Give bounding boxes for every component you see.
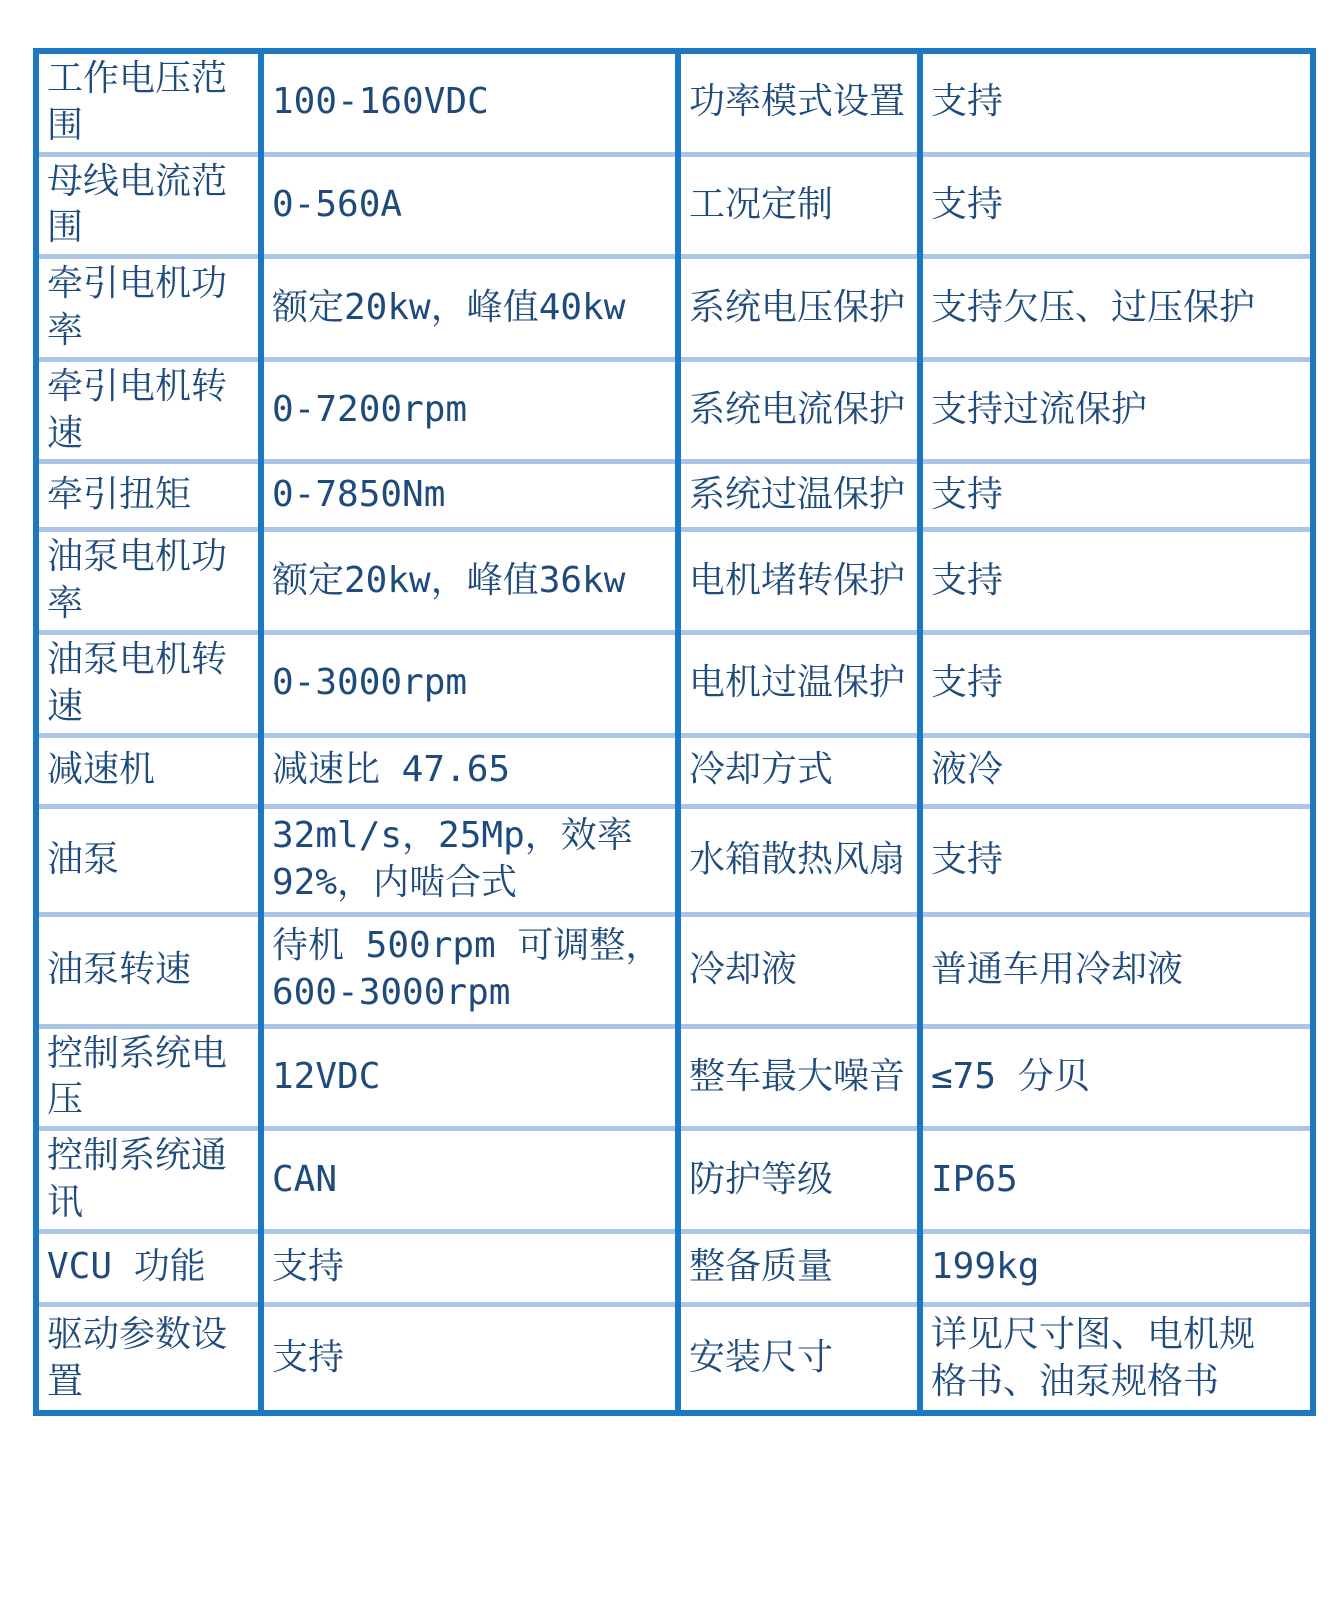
spec-label: 冷却液 — [678, 914, 920, 1026]
table-row: 牵引扭矩 0-7850Nm 系统过温保护 支持 — [36, 462, 1313, 530]
spec-label: 电机堵转保护 — [678, 530, 920, 633]
spec-value: 减速比 47.65 — [261, 735, 678, 806]
spec-value: 普通车用冷却液 — [920, 914, 1313, 1026]
spec-value: IP65 — [920, 1129, 1313, 1232]
spec-value: 32ml/s，25Mp，效率 92%，内啮合式 — [261, 806, 678, 914]
spec-value: ≤75 分贝 — [920, 1026, 1313, 1129]
table-row: VCU 功能 支持 整备质量 199kg — [36, 1231, 1313, 1304]
spec-table: 工作电压范围 100-160VDC 功率模式设置 支持 母线电流范围 0-560… — [33, 48, 1316, 1416]
spec-value: 支持 — [920, 632, 1313, 735]
spec-value: 支持 — [920, 154, 1313, 257]
spec-label: 工况定制 — [678, 154, 920, 257]
spec-value: 待机 500rpm 可调整， 600-3000rpm — [261, 914, 678, 1026]
spec-label: 减速机 — [36, 735, 261, 806]
spec-value: 支持 — [920, 530, 1313, 633]
page: 工作电压范围 100-160VDC 功率模式设置 支持 母线电流范围 0-560… — [0, 0, 1334, 1600]
spec-label: 整车最大噪音 — [678, 1026, 920, 1129]
table-row: 油泵电机转速 0-3000rpm 电机过温保护 支持 — [36, 632, 1313, 735]
spec-value: 0-7850Nm — [261, 462, 678, 530]
spec-value: 100-160VDC — [261, 51, 678, 154]
table-row: 控制系统电压 12VDC 整车最大噪音 ≤75 分贝 — [36, 1026, 1313, 1129]
spec-label: 控制系统电压 — [36, 1026, 261, 1129]
spec-value: 支持过流保护 — [920, 359, 1313, 462]
spec-label: 安装尺寸 — [678, 1304, 920, 1413]
spec-label: 油泵 — [36, 806, 261, 914]
spec-value: 详见尺寸图、电机规 格书、油泵规格书 — [920, 1304, 1313, 1413]
table-row: 减速机 减速比 47.65 冷却方式 液冷 — [36, 735, 1313, 806]
spec-label: 系统电压保护 — [678, 257, 920, 360]
table-row: 驱动参数设置 支持 安装尺寸 详见尺寸图、电机规 格书、油泵规格书 — [36, 1304, 1313, 1413]
spec-value: 12VDC — [261, 1026, 678, 1129]
spec-label: 电机过温保护 — [678, 632, 920, 735]
spec-label: 冷却方式 — [678, 735, 920, 806]
spec-value: 额定20kw，峰值40kw — [261, 257, 678, 360]
table-row: 工作电压范围 100-160VDC 功率模式设置 支持 — [36, 51, 1313, 154]
spec-label: 系统电流保护 — [678, 359, 920, 462]
spec-label: 水箱散热风扇 — [678, 806, 920, 914]
spec-label: 系统过温保护 — [678, 462, 920, 530]
spec-label: 牵引电机功率 — [36, 257, 261, 360]
spec-label: 工作电压范围 — [36, 51, 261, 154]
table-row: 控制系统通讯 CAN 防护等级 IP65 — [36, 1129, 1313, 1232]
table-row: 油泵 32ml/s，25Mp，效率 92%，内啮合式 水箱散热风扇 支持 — [36, 806, 1313, 914]
spec-label: 功率模式设置 — [678, 51, 920, 154]
spec-label: VCU 功能 — [36, 1231, 261, 1304]
spec-value: 支持 — [920, 51, 1313, 154]
spec-label: 母线电流范围 — [36, 154, 261, 257]
spec-value: 0-3000rpm — [261, 632, 678, 735]
spec-value: 支持 — [920, 462, 1313, 530]
spec-value: 额定20kw，峰值36kw — [261, 530, 678, 633]
spec-value: CAN — [261, 1129, 678, 1232]
spec-value: 0-7200rpm — [261, 359, 678, 462]
spec-label: 防护等级 — [678, 1129, 920, 1232]
table-row: 油泵转速 待机 500rpm 可调整， 600-3000rpm 冷却液 普通车用… — [36, 914, 1313, 1026]
spec-label: 牵引电机转速 — [36, 359, 261, 462]
spec-value: 支持 — [920, 806, 1313, 914]
table-row: 母线电流范围 0-560A 工况定制 支持 — [36, 154, 1313, 257]
spec-label: 油泵转速 — [36, 914, 261, 1026]
table-row: 油泵电机功率 额定20kw，峰值36kw 电机堵转保护 支持 — [36, 530, 1313, 633]
table-row: 牵引电机功率 额定20kw，峰值40kw 系统电压保护 支持欠压、过压保护 — [36, 257, 1313, 360]
spec-value: 液冷 — [920, 735, 1313, 806]
table-row: 牵引电机转速 0-7200rpm 系统电流保护 支持过流保护 — [36, 359, 1313, 462]
spec-label: 驱动参数设置 — [36, 1304, 261, 1413]
spec-value: 支持 — [261, 1304, 678, 1413]
spec-value: 0-560A — [261, 154, 678, 257]
spec-label: 整备质量 — [678, 1231, 920, 1304]
spec-label: 牵引扭矩 — [36, 462, 261, 530]
spec-value: 199kg — [920, 1231, 1313, 1304]
spec-value: 支持欠压、过压保护 — [920, 257, 1313, 360]
spec-label: 油泵电机转速 — [36, 632, 261, 735]
spec-label: 控制系统通讯 — [36, 1129, 261, 1232]
spec-value: 支持 — [261, 1231, 678, 1304]
spec-label: 油泵电机功率 — [36, 530, 261, 633]
